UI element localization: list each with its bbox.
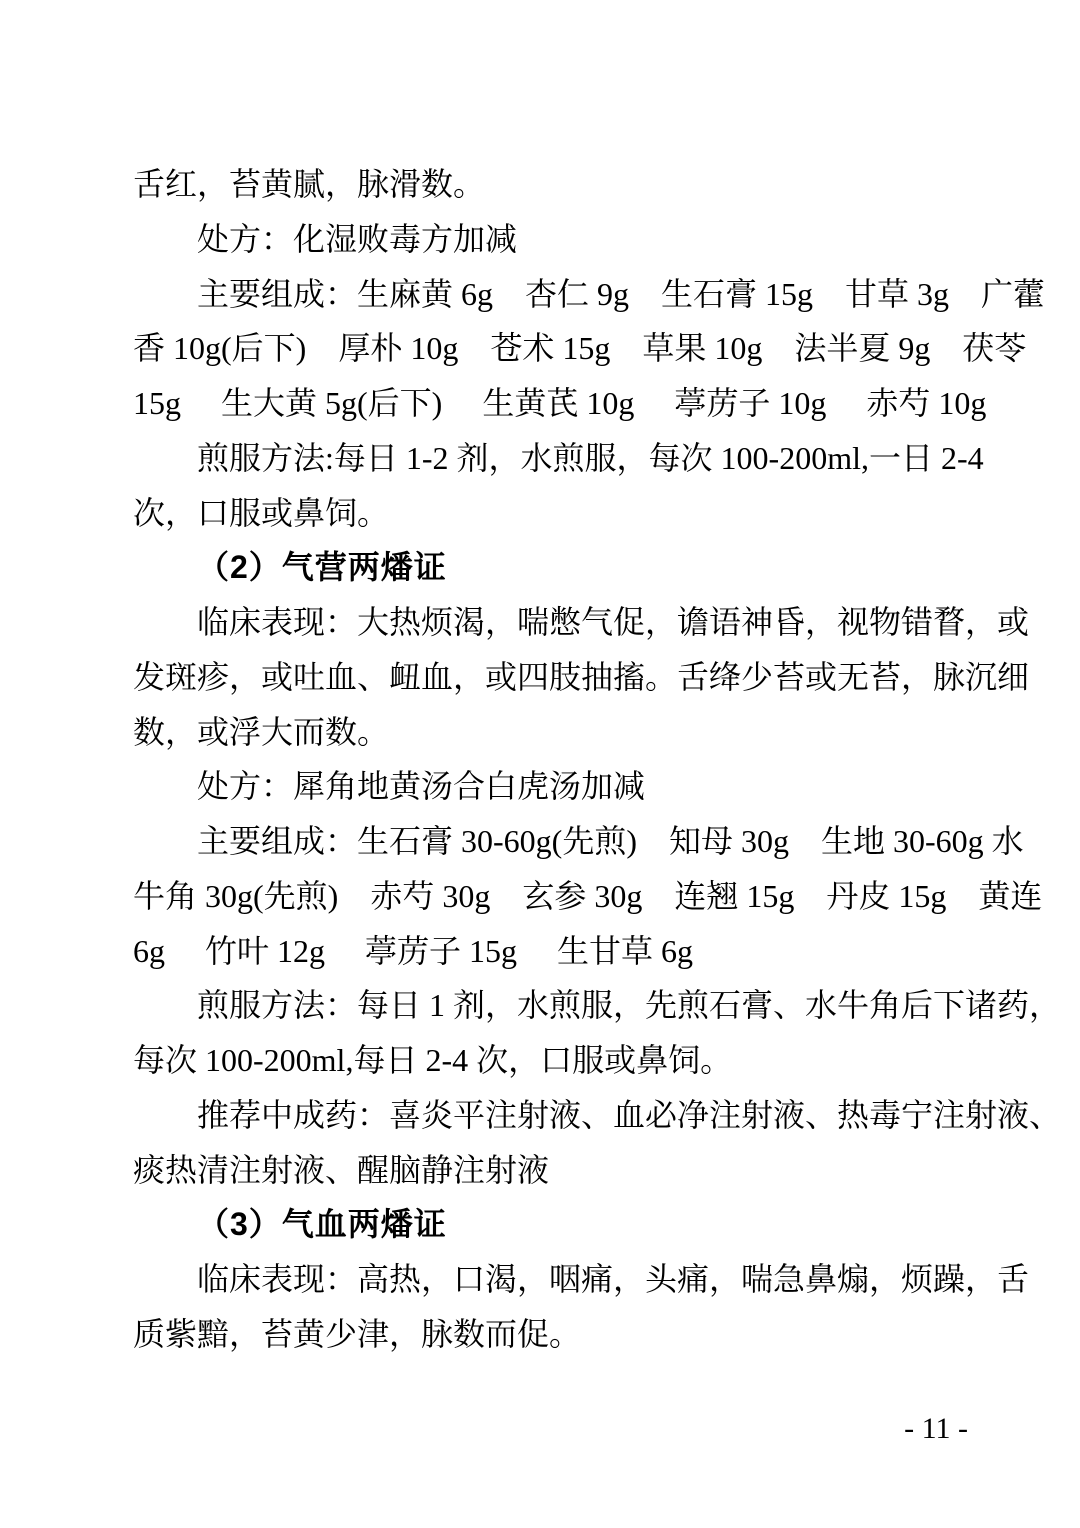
section-heading: （3）气血两燔证 (133, 1197, 953, 1252)
document-line: 推荐中成药：喜炎平注射液、血必净注射液、热毒宁注射液、 (133, 1088, 953, 1143)
page-number: - 11 - (904, 1412, 968, 1446)
document-line: 数，或浮大而数。 (133, 705, 953, 760)
document-line: 牛角 30g(先煎) 赤芍 30g 玄参 30g 连翘 15g 丹皮 15g 黄… (133, 869, 953, 924)
document-line: 处方：犀角地黄汤合白虎汤加减 (133, 759, 953, 814)
document-line: 主要组成：生麻黄 6g 杏仁 9g 生石膏 15g 甘草 3g 广藿 (133, 267, 953, 322)
document-line: 每次 100-200ml,每日 2-4 次，口服或鼻饲。 (133, 1033, 953, 1088)
document-line: 香 10g(后下) 厚朴 10g 苍术 15g 草果 10g 法半夏 9g 茯苓 (133, 321, 953, 376)
document-line: 处方：化湿败毒方加减 (133, 212, 953, 267)
document-line: 次，口服或鼻饲。 (133, 486, 953, 541)
document-line: 临床表现：高热，口渴，咽痛，头痛，喘急鼻煽，烦躁，舌 (133, 1252, 953, 1307)
document-line: 临床表现：大热烦渴，喘憋气促，谵语神昏，视物错瞀，或 (133, 595, 953, 650)
document-page: 舌红，苔黄腻，脉滑数。处方：化湿败毒方加减主要组成：生麻黄 6g 杏仁 9g 生… (0, 0, 1080, 1528)
document-line: 发斑疹，或吐血、衄血，或四肢抽搐。舌绛少苔或无苔，脉沉细 (133, 650, 953, 705)
section-heading: （2）气营两燔证 (133, 540, 953, 595)
document-line: 痰热清注射液、醒脑静注射液 (133, 1143, 953, 1198)
document-line: 6g 竹叶 12g 葶苈子 15g 生甘草 6g (133, 924, 953, 979)
document-body: 舌红，苔黄腻，脉滑数。处方：化湿败毒方加减主要组成：生麻黄 6g 杏仁 9g 生… (133, 157, 953, 1362)
document-line: 煎服方法：每日 1 剂，水煎服，先煎石膏、水牛角后下诸药， (133, 978, 953, 1033)
document-line: 15g 生大黄 5g(后下) 生黄芪 10g 葶苈子 10g 赤芍 10g (133, 376, 953, 431)
document-line: 煎服方法:每日 1-2 剂，水煎服，每次 100-200ml,一日 2-4 (133, 431, 953, 486)
document-line: 舌红，苔黄腻，脉滑数。 (133, 157, 953, 212)
document-line: 主要组成：生石膏 30-60g(先煎) 知母 30g 生地 30-60g 水 (133, 814, 953, 869)
document-line: 质紫黯，苔黄少津，脉数而促。 (133, 1307, 953, 1362)
